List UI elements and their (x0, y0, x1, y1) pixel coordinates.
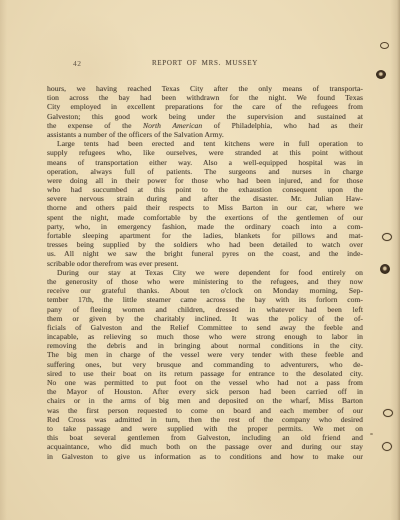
paper-speck (370, 433, 373, 435)
text-line: Red Cross was admitted in turn, then the… (47, 415, 363, 424)
text-line: tresses being supplied by the soldiers w… (47, 240, 363, 249)
binder-hole (380, 264, 390, 274)
text-line: to take passage and were supplied with t… (47, 424, 363, 433)
text-line: chairs or in the arms of big men and dep… (47, 396, 363, 405)
text-line: scribable odor therefrom was ever presen… (47, 259, 363, 268)
text-line: were doing all in their power for those … (47, 176, 363, 185)
scanned-page: 42 REPORT OF MRS. MUSSEY hours, we havin… (0, 0, 400, 520)
paragraph: Large tents had been erected and tent ki… (47, 139, 363, 268)
text-line: who had succumbed at this point to the e… (47, 185, 363, 194)
paragraph: During our stay at Texas City we were de… (47, 268, 363, 461)
text-line: means of transportation either way. Also… (47, 158, 363, 167)
text-line: tion across the bay had been withdrawn f… (47, 93, 363, 102)
page-header: 42 REPORT OF MRS. MUSSEY (47, 59, 363, 70)
binder-hole (382, 233, 392, 241)
text-line: the Mayor of Houston. After every sick p… (47, 387, 363, 396)
text-line: removing the debris and in bringing abou… (47, 341, 363, 350)
italic-text: North American (143, 121, 202, 130)
binder-hole (382, 442, 392, 451)
text-line: ficials of Galveston and the Relief Comm… (47, 323, 363, 332)
text-line: in Galveston to give us information as t… (47, 452, 363, 461)
text-line: them or given by the charitably inclined… (47, 314, 363, 323)
text-line: Galveston; this good work being under th… (47, 112, 363, 121)
text-line: tember 17th, the little steamer came acr… (47, 295, 363, 304)
text-line: fortable sleeping apartment for the ladi… (47, 231, 363, 240)
text-line: us. All night we saw the bright funeral … (47, 249, 363, 258)
text-line: receive our grateful thanks. About ten o… (47, 286, 363, 295)
page-body: hours, we having reached Texas City afte… (47, 84, 363, 461)
text-line: City employed in excellent preparations … (47, 102, 363, 111)
text-line: The big men in charge of the vessel were… (47, 350, 363, 359)
text-line: assistants a number of the officers of t… (47, 130, 363, 139)
text-line: supply refugees who, like ourselves, wer… (47, 148, 363, 157)
binder-hole (376, 70, 386, 79)
text-line: operation, always full of patients. The … (47, 167, 363, 176)
text-line: severe nervous strain during and after t… (47, 194, 363, 203)
paragraph: hours, we having reached Texas City afte… (47, 84, 363, 139)
binder-hole (383, 409, 393, 417)
text-line: thorne and others paid their respects to… (47, 203, 363, 212)
text-line: hours, we having reached Texas City afte… (47, 84, 363, 93)
text-line: No one was permitted to put foot on the … (47, 378, 363, 387)
page-number: 42 (73, 59, 82, 68)
text-line: the expense of the North American of Phi… (47, 121, 363, 130)
plain-text: of Philadelphia, who had as their (202, 121, 363, 130)
text-line: During our stay at Texas City we were de… (47, 268, 363, 277)
text-line: party, who, in emergency fashion, made t… (47, 222, 363, 231)
binder-hole (380, 42, 389, 49)
plain-text: the expense of the (47, 121, 143, 130)
text-line: was the first person requested to come o… (47, 406, 363, 415)
text-line: incapable, as relieving so much those wh… (47, 332, 363, 341)
text-line: pany of fleeing women and children, dres… (47, 305, 363, 314)
text-line: suffering ones, but very brusque and com… (47, 360, 363, 369)
text-line: this boat several gentlemen from Galvest… (47, 433, 363, 442)
text-line: acquaintance, who did much both on the p… (47, 442, 363, 451)
text-line: Large tents had been erected and tent ki… (47, 139, 363, 148)
text-line: sired to use their boat on its return pa… (47, 369, 363, 378)
running-title: REPORT OF MRS. MUSSEY (47, 59, 363, 67)
text-line: the generosity of those who were ministe… (47, 277, 363, 286)
text-line: spent the night, made comfortable by the… (47, 213, 363, 222)
